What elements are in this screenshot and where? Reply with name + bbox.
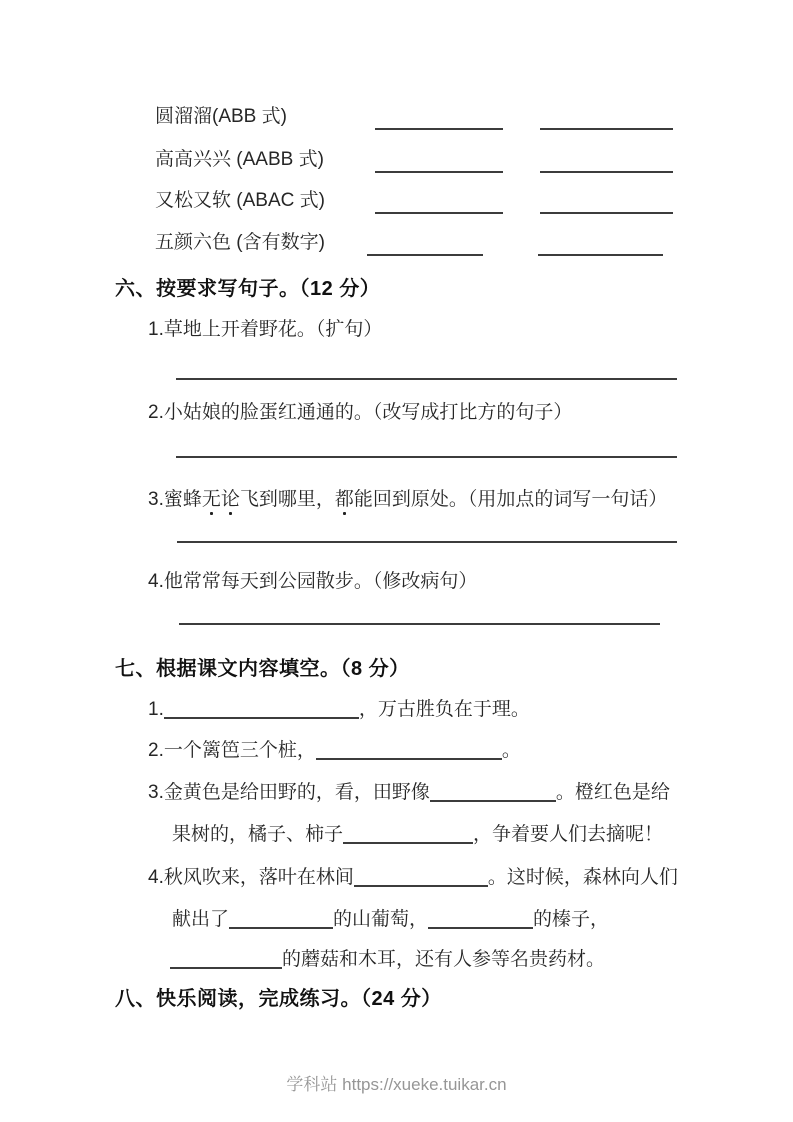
word-pattern-row: 又松又软 (ABAC 式) (0, 187, 793, 217)
answer-line (179, 623, 660, 625)
word-pattern-label: 五颜六色 (含有数字) (155, 229, 325, 256)
question-text: 。 (502, 740, 521, 761)
worksheet-page: 圆溜溜(ABB 式) 高高兴兴 (AABB 式) 又松又软 (ABAC 式) 五… (0, 0, 793, 1122)
answer-blank (316, 739, 502, 760)
section-eight-title: 八、快乐阅读，完成练习。（24 分） (115, 986, 442, 1013)
question-seven-4: 4.秋风吹来，落叶在林间。这时候，森林向人们 (148, 864, 678, 891)
answer-line (176, 378, 677, 380)
question-seven-4-cont: 献出了的山葡萄，的榛子， (172, 906, 609, 933)
answer-blank (540, 103, 673, 130)
question-text: 的山葡萄， (333, 909, 428, 930)
word-pattern-row: 高高兴兴 (AABB 式) (0, 146, 793, 176)
answer-blank (428, 908, 533, 929)
section-seven-title: 七、根据课文内容填空。（8 分） (115, 656, 410, 683)
question-text: 。橙红色是给 (556, 782, 670, 803)
emphasized-word: 无论 (202, 489, 240, 516)
question-seven-4-cont2: 的蘑菇和木耳，还有人参等名贵药材。 (170, 946, 605, 973)
answer-blank (229, 908, 333, 929)
question-six-2: 2.小姑娘的脸蛋红通通的。（改写成打比方的句子） (148, 399, 572, 426)
answer-line (177, 541, 677, 543)
question-text: 1. (148, 699, 164, 720)
question-text: 的蘑菇和木耳，还有人参等名贵药材。 (282, 949, 605, 970)
question-text: 3.金黄色是给田野的，看，田野像 (148, 782, 430, 803)
word-pattern-label: 圆溜溜(ABB 式) (155, 103, 287, 130)
answer-blank (430, 781, 556, 802)
emphasized-word: 都 (335, 489, 354, 516)
question-text: 果树的，橘子、柿子 (172, 824, 343, 845)
answer-blank (354, 866, 488, 887)
answer-blank (375, 187, 503, 214)
answer-blank (540, 146, 673, 173)
question-text: 。这时候，森林向人们 (488, 867, 678, 888)
question-text: 飞到哪里， (240, 489, 335, 510)
question-text: 3.蜜蜂 (148, 489, 202, 510)
answer-blank (375, 146, 503, 173)
section-six-title: 六、按要求写句子。（12 分） (115, 276, 380, 303)
question-seven-3-cont: 果树的，橘子、柿子，争着要人们去摘呢！ (172, 821, 663, 848)
question-six-3: 3.蜜蜂无论飞到哪里，都能回到原处。（用加点的词写一句话） (148, 486, 667, 513)
question-text: 2.一个篱笆三个桩， (148, 740, 316, 761)
answer-blank (170, 948, 282, 969)
answer-blank (164, 698, 359, 719)
question-six-4: 4.他常常每天到公园散步。（修改病句） (148, 568, 477, 595)
question-seven-1: 1.，万古胜负在于理。 (148, 696, 530, 723)
answer-blank (375, 103, 503, 130)
answer-blank (538, 229, 663, 256)
question-text: ，万古胜负在于理。 (359, 699, 530, 720)
word-pattern-label: 又松又软 (ABAC 式) (155, 187, 325, 214)
question-seven-3: 3.金黄色是给田野的，看，田野像。橙红色是给 (148, 779, 670, 806)
question-seven-2: 2.一个篱笆三个桩，。 (148, 737, 521, 764)
question-text: ，争着要人们去摘呢！ (473, 824, 663, 845)
question-text: 献出了 (172, 909, 229, 930)
answer-blank (343, 823, 473, 844)
word-pattern-label: 高高兴兴 (AABB 式) (155, 146, 324, 173)
answer-blank (540, 187, 673, 214)
answer-line (176, 456, 677, 458)
question-text: 能回到原处。（用加点的词写一句话） (354, 489, 668, 510)
word-pattern-row: 五颜六色 (含有数字) (0, 229, 793, 259)
answer-blank (367, 229, 483, 256)
site-watermark: 学科站 https://xueke.tuikar.cn (0, 1071, 793, 1098)
question-text: 4.秋风吹来，落叶在林间 (148, 867, 354, 888)
question-text: 的榛子， (533, 909, 609, 930)
question-six-1: 1.草地上开着野花。（扩句） (148, 316, 382, 343)
word-pattern-row: 圆溜溜(ABB 式) (0, 103, 793, 133)
